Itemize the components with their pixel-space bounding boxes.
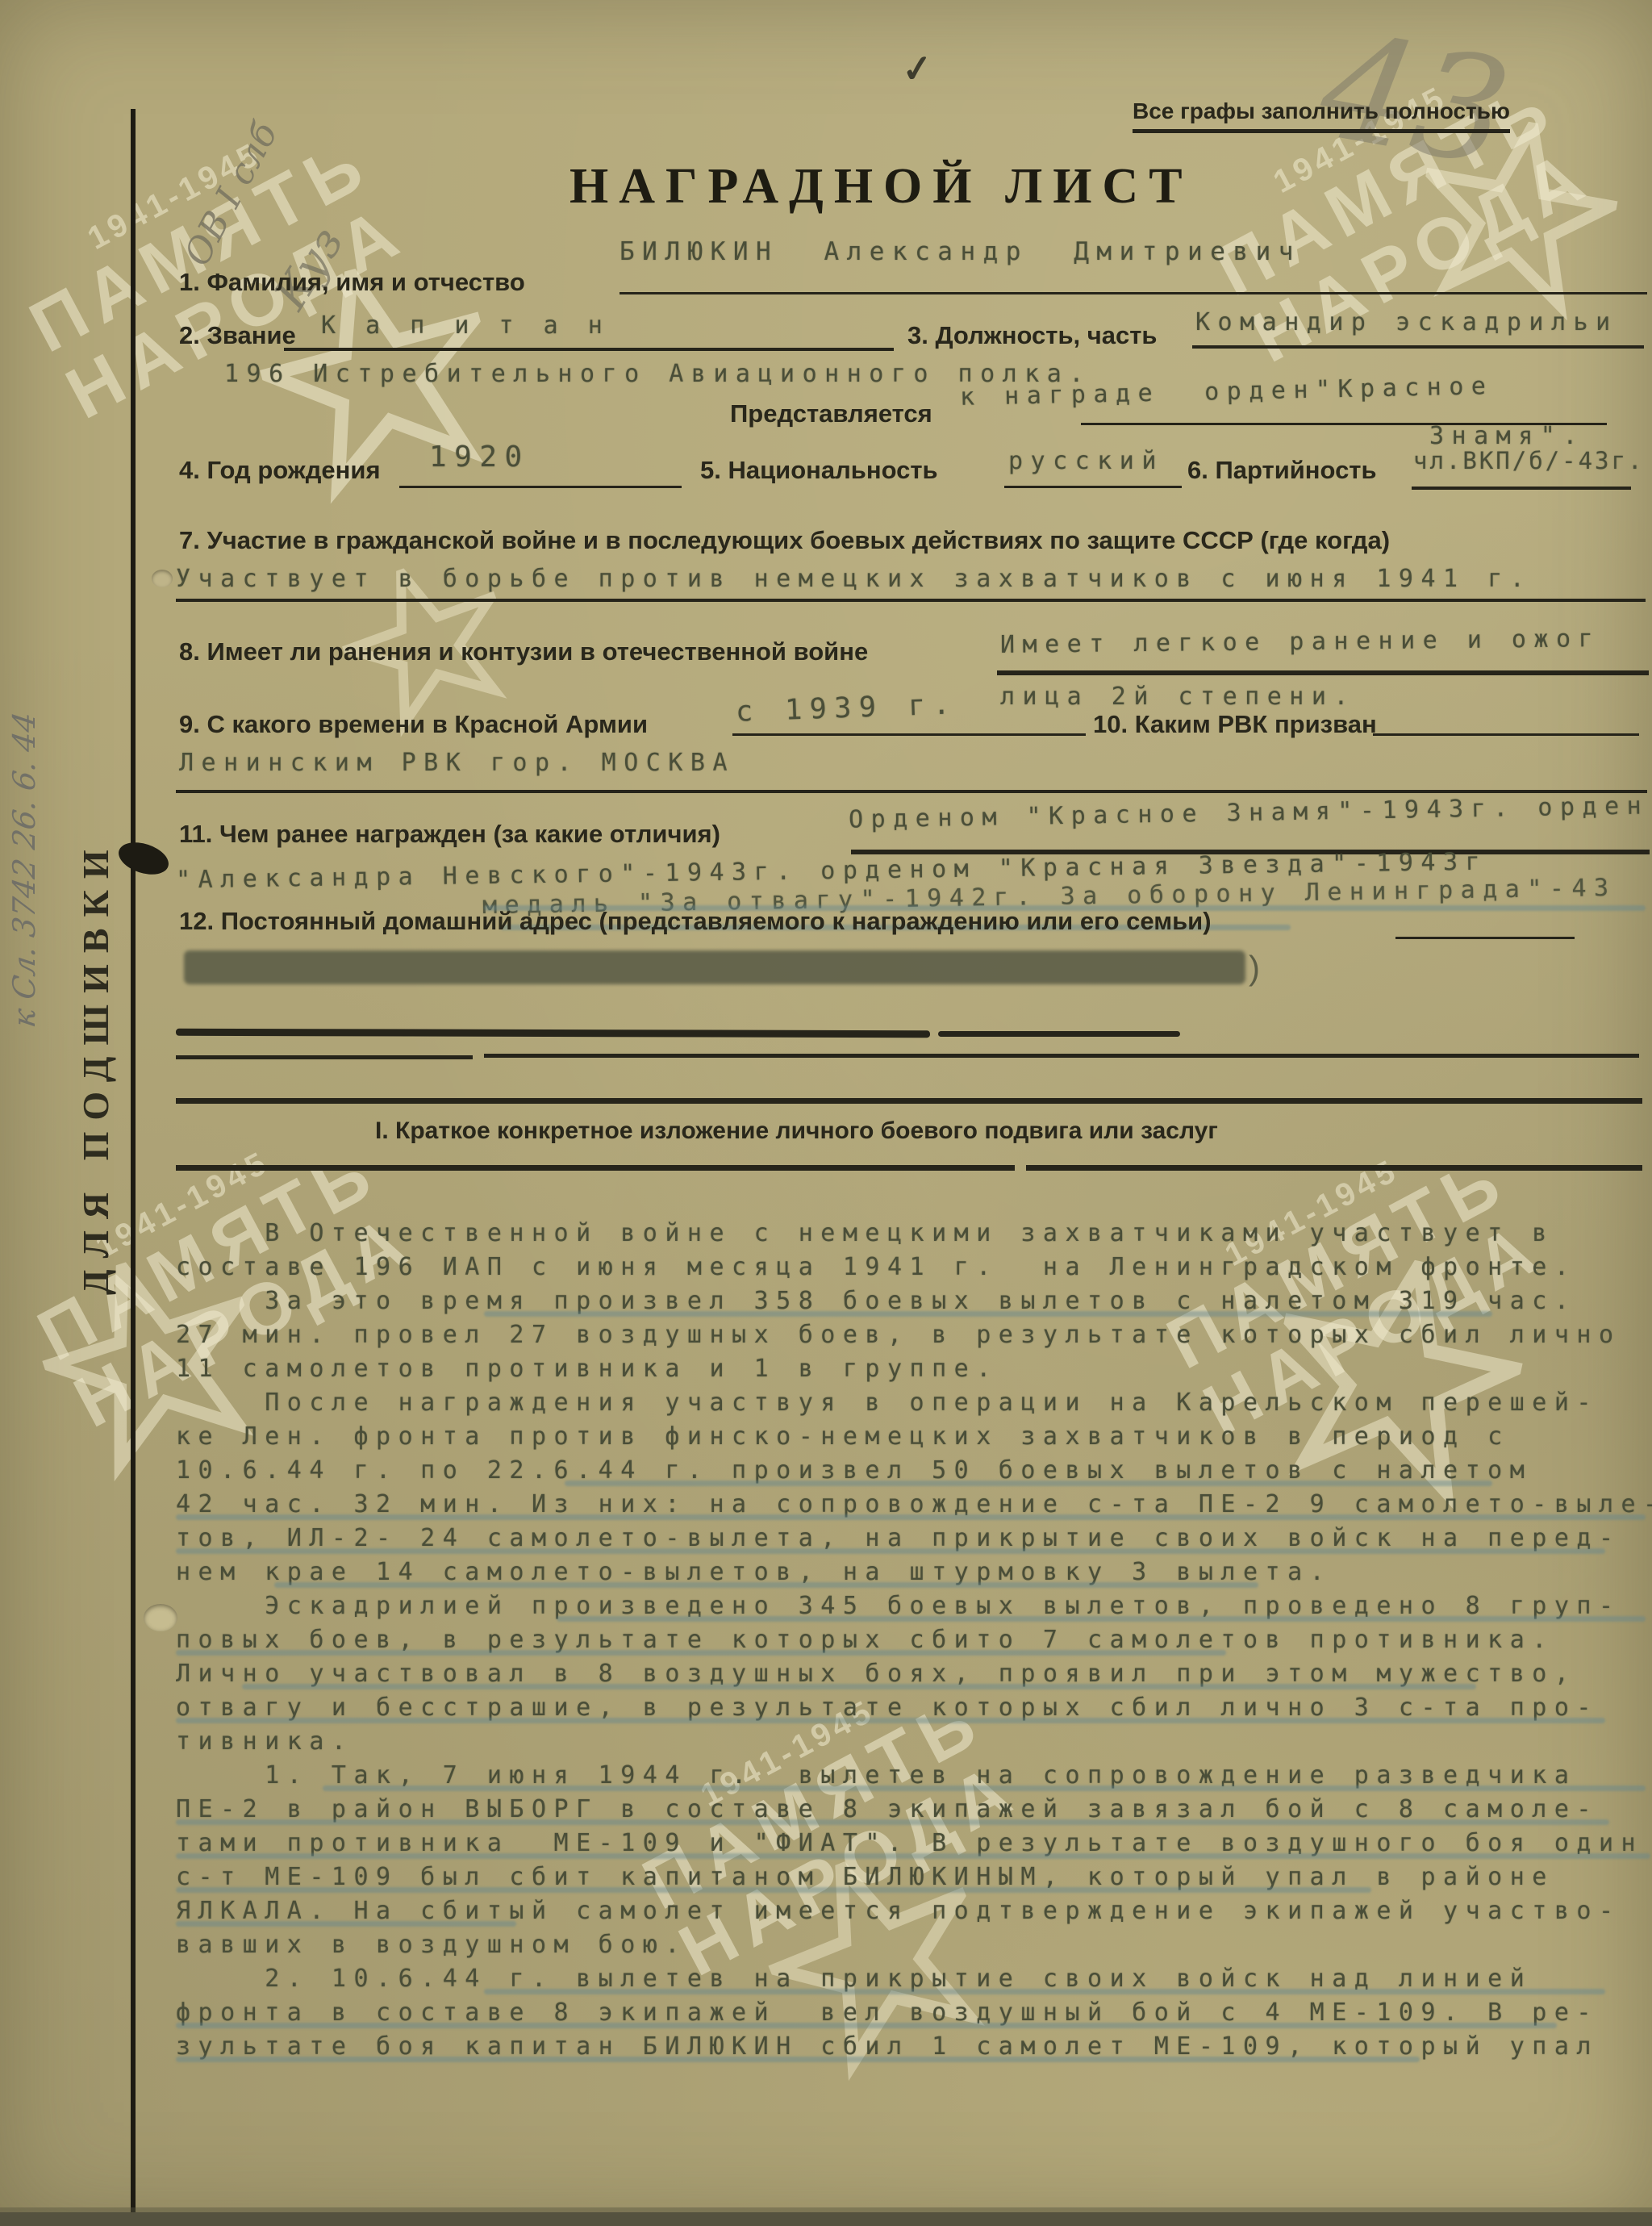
- field-label-wounds: 8. Имеет ли ранения и контузии в отечест…: [179, 637, 868, 666]
- field-value-party: чл.ВКП/б/-43г.: [1413, 447, 1644, 474]
- form-line: [1395, 937, 1575, 939]
- presented-for-label: Представляется: [730, 399, 932, 428]
- field-label-birth-year: 4. Год рождения: [179, 456, 381, 485]
- redacted-address-bar: [184, 950, 1245, 984]
- pencil-underline: [484, 1989, 1605, 1994]
- field-label-drafted-by: 10. Каким РВК призван: [1093, 710, 1377, 739]
- field-label-home-address: 12. Постоянный домашний адрес (представл…: [179, 907, 1212, 936]
- hand-drawn-line: [938, 1031, 1180, 1037]
- form-line: [1081, 423, 1607, 425]
- form-line: [176, 599, 1646, 602]
- field-label-surname: 1. Фамилия, имя и отчество: [179, 268, 525, 297]
- ink-blot: [115, 837, 173, 880]
- pencil-underline: [274, 1582, 1258, 1588]
- pencil-underline: [176, 1921, 516, 1927]
- pencil-underline: [176, 1514, 1646, 1520]
- page-title: НАГРАДНОЙ ЛИСТ: [569, 158, 1193, 215]
- recipient-name: БИЛЮКИН Александр Дмитриевич: [619, 237, 1301, 266]
- pencil-underline: [242, 1684, 1476, 1689]
- pencil-underline: [484, 1311, 1492, 1317]
- form-line: [619, 292, 1647, 294]
- field-label-civil-war: 7. Участие в гражданской войне и в после…: [179, 526, 1390, 555]
- pencil-underline: [176, 2023, 1557, 2028]
- pencil-underline: [176, 1887, 1371, 1893]
- pencil-underline: [176, 2057, 1420, 2062]
- field-value-prior-awards: Орденом "Красное Знамя"-1943г. орден: [849, 791, 1650, 833]
- binding-margin-rule: [131, 109, 136, 2226]
- field-label-party: 6. Партийность: [1187, 456, 1377, 485]
- pencil-underline: [176, 1819, 1609, 1825]
- pencil-underline: [565, 1481, 1492, 1486]
- field-value-drafted-by: Ленинским РВК гор. МОСКВА: [179, 749, 735, 777]
- form-line: [176, 790, 1647, 793]
- corner-pencil-note: ОВ I слб: [177, 115, 286, 273]
- page-bottom-edge: [0, 2212, 1652, 2226]
- field-value-position: Командир эскадрильи: [1195, 308, 1618, 336]
- field-value-civil-war: Участвует в борьбе против немецких захва…: [176, 565, 1532, 593]
- field-label-nationality: 5. Национальность: [700, 456, 938, 485]
- divider-rule: [484, 1054, 1639, 1058]
- pencil-underline: [323, 1785, 1646, 1791]
- field-label-position: 3. Должность, часть: [907, 321, 1157, 350]
- field-label-rank: 2. Звание: [179, 321, 296, 350]
- form-line: [1412, 487, 1631, 490]
- divider-rule: [176, 1165, 1015, 1171]
- pencil-underline: [176, 1853, 1650, 1859]
- pencil-underline: [176, 1718, 1605, 1723]
- margin-handwritten-note: к Сл. 3742 26. 6. 44: [6, 710, 42, 1029]
- form-line: [1192, 345, 1644, 349]
- form-instruction: Все графы заполнить полностью: [1133, 98, 1510, 133]
- divider-rule: [1026, 1165, 1642, 1171]
- punch-hole: [152, 570, 173, 587]
- hand-drawn-line: [176, 1029, 930, 1038]
- award-sheet-page: 1941-1945 ПАМЯТЬ НАРОДА 1941-1945 ПАМЯТЬ…: [0, 0, 1652, 2226]
- redaction-edge-mark: ): [1249, 949, 1260, 988]
- combat-description-text: В Отечественной войне с немецкими захват…: [176, 1217, 1652, 2072]
- punch-hole: [144, 1604, 177, 1631]
- field-value-rank: К а п и т а н: [321, 311, 610, 340]
- divider-rule: [176, 1098, 1642, 1104]
- field-label-service-since: 9. С какого времени в Красной Армии: [179, 710, 648, 739]
- field-value-wounds: лица 2й степени.: [1000, 683, 1356, 711]
- margin-binding-label: ДЛЯ ПОДШИВКИ: [74, 838, 117, 1295]
- form-line: [1373, 733, 1639, 736]
- field-value-birth-year: 1920: [429, 441, 530, 474]
- form-line: [284, 348, 894, 351]
- section-header: I. Краткое конкретное изложение личного …: [375, 1117, 1218, 1145]
- field-value-nationality: русский: [1008, 447, 1164, 475]
- divider-rule: [176, 1055, 473, 1059]
- field-label-prior-awards: 11. Чем ранее награжден (за какие отличи…: [179, 820, 720, 849]
- field-value-service-since: с 1939 г.: [735, 688, 957, 729]
- presented-for-value: Знамя".: [1429, 422, 1585, 450]
- field-value-wounds: Имеет легкое ранение и ожог: [1000, 624, 1600, 659]
- form-line: [399, 486, 682, 488]
- form-line: [997, 670, 1649, 675]
- pencil-underline: [176, 1650, 1226, 1656]
- form-line: [1004, 486, 1182, 488]
- pencil-underline: [557, 1616, 1646, 1622]
- pencil-underline: [176, 1548, 1605, 1554]
- checkmark: ✓: [899, 45, 935, 92]
- form-line: [732, 733, 1086, 736]
